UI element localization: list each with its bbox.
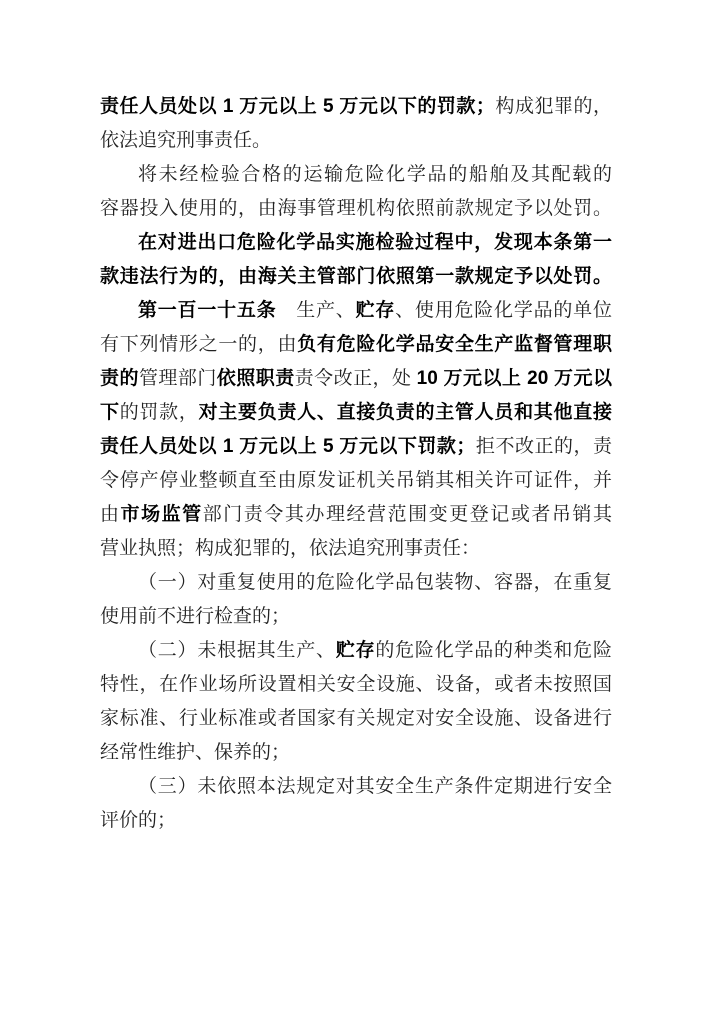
emphasized-text-segment: 依照职责 — [217, 368, 295, 389]
text-line: 责任人员处以 1 万元以上 5 万元以下罚款；拒不改正的，责 — [100, 430, 612, 464]
text-segment: 、使用危险化学品的单位 — [395, 300, 612, 321]
text-line: 由市场监管部门责令其办理经营范围变更登记或者吊销其 — [100, 498, 612, 532]
text-line: 将未经检验合格的运输危险化学品的船舶及其配载的 — [100, 158, 612, 192]
emphasized-text-segment: 下 — [100, 402, 120, 423]
text-line: 第一百一十五条 生产、贮存、使用危险化学品的单位 — [100, 294, 612, 328]
emphasized-text-segment: 款违法行为的，由海关主管部门依照第一款规定予以处罚。 — [100, 266, 612, 287]
document-page: 责任人员处以 1 万元以上 5 万元以下的罚款；构成犯罪的，依法追究刑事责任。将… — [0, 0, 720, 1018]
text-segment: 的危险化学品的种类和危险 — [375, 640, 612, 661]
text-segment: 的罚款， — [120, 402, 199, 423]
emphasized-text-segment: 第一百一十五条 — [138, 300, 276, 321]
text-line: 责任人员处以 1 万元以上 5 万元以下的罚款；构成犯罪的， — [100, 90, 612, 124]
text-line: 款违法行为的，由海关主管部门依照第一款规定予以处罚。 — [100, 260, 612, 294]
text-line: （二）未根据其生产、贮存的危险化学品的种类和危险 — [100, 634, 612, 668]
text-line: 经常性维护、保养的； — [100, 736, 612, 770]
text-line: 使用前不进行检查的； — [100, 600, 612, 634]
text-segment: 由 — [100, 504, 121, 525]
text-segment: 构成犯罪的， — [495, 96, 612, 117]
text-segment: 有下列情形之一的，由 — [100, 334, 297, 355]
emphasized-text-segment: 10 万元以上 20 万元以 — [417, 368, 612, 389]
text-segment: 责令改正，处 — [295, 368, 417, 389]
text-segment: 管理部门 — [139, 368, 217, 389]
text-segment: 使用前不进行检查的； — [100, 606, 290, 627]
text-line: 评价的； — [100, 804, 612, 838]
text-segment: 拒不改正的，责 — [475, 436, 612, 457]
emphasized-text-segment: 在对进出口危险化学品实施检验过程中，发现本条第一 — [138, 232, 612, 253]
text-segment: （三）未依照本法规定对其安全生产条件定期进行安全 — [138, 776, 612, 797]
text-line: 依法追究刑事责任。 — [100, 124, 612, 158]
text-line: 下的罚款，对主要负责人、直接负责的主管人员和其他直接 — [100, 396, 612, 430]
text-segment: （一）对重复使用的危险化学品包装物、容器，在重复 — [138, 572, 612, 593]
text-segment: 特性，在作业场所设置相关安全设施、设备，或者未按照国 — [100, 674, 612, 695]
text-line: 家标准、行业标准或者国家有关规定对安全设施、设备进行 — [100, 702, 612, 736]
text-segment: 依法追究刑事责任。 — [100, 130, 271, 151]
text-segment: 生产、 — [276, 300, 355, 321]
emphasized-text-segment: 责任人员处以 1 万元以上 5 万元以下罚款； — [100, 436, 475, 457]
text-segment: （二）未根据其生产、 — [138, 640, 336, 661]
text-segment: 容器投入使用的，由海事管理机构依照前款规定予以处罚。 — [100, 198, 612, 219]
text-segment: 家标准、行业标准或者国家有关规定对安全设施、设备进行 — [100, 708, 612, 729]
emphasized-text-segment: 负有危险化学品安全生产监督管理职 — [297, 334, 612, 355]
emphasized-text-segment: 责的 — [100, 368, 139, 389]
text-line: 责的管理部门依照职责责令改正，处 10 万元以上 20 万元以 — [100, 362, 612, 396]
emphasized-text-segment: 贮存 — [356, 300, 396, 321]
text-segment: 评价的； — [100, 810, 176, 831]
text-line: 特性，在作业场所设置相关安全设施、设备，或者未按照国 — [100, 668, 612, 702]
emphasized-text-segment: 对主要负责人、直接负责的主管人员和其他直接 — [199, 402, 612, 423]
text-line: 令停产停业整顿直至由原发证机关吊销其相关许可证件，并 — [100, 464, 612, 498]
text-line: （三）未依照本法规定对其安全生产条件定期进行安全 — [100, 770, 612, 804]
text-line: 在对进出口危险化学品实施检验过程中，发现本条第一 — [100, 226, 612, 260]
document-text: 责任人员处以 1 万元以上 5 万元以下的罚款；构成犯罪的，依法追究刑事责任。将… — [100, 90, 612, 838]
text-segment: 经常性维护、保养的； — [100, 742, 290, 763]
text-line: （一）对重复使用的危险化学品包装物、容器，在重复 — [100, 566, 612, 600]
emphasized-text-segment: 市场监管 — [121, 504, 203, 525]
text-segment: 营业执照；构成犯罪的，依法追究刑事责任： — [100, 538, 480, 559]
text-segment: 令停产停业整顿直至由原发证机关吊销其相关许可证件，并 — [100, 470, 612, 491]
text-line: 有下列情形之一的，由负有危险化学品安全生产监督管理职 — [100, 328, 612, 362]
text-line: 营业执照；构成犯罪的，依法追究刑事责任： — [100, 532, 612, 566]
text-segment: 将未经检验合格的运输危险化学品的船舶及其配载的 — [138, 164, 612, 185]
emphasized-text-segment: 贮存 — [336, 640, 376, 661]
text-segment: 部门责令其办理经营范围变更登记或者吊销其 — [203, 504, 612, 525]
emphasized-text-segment: 责任人员处以 1 万元以上 5 万元以下的罚款； — [100, 96, 495, 117]
text-line: 容器投入使用的，由海事管理机构依照前款规定予以处罚。 — [100, 192, 612, 226]
